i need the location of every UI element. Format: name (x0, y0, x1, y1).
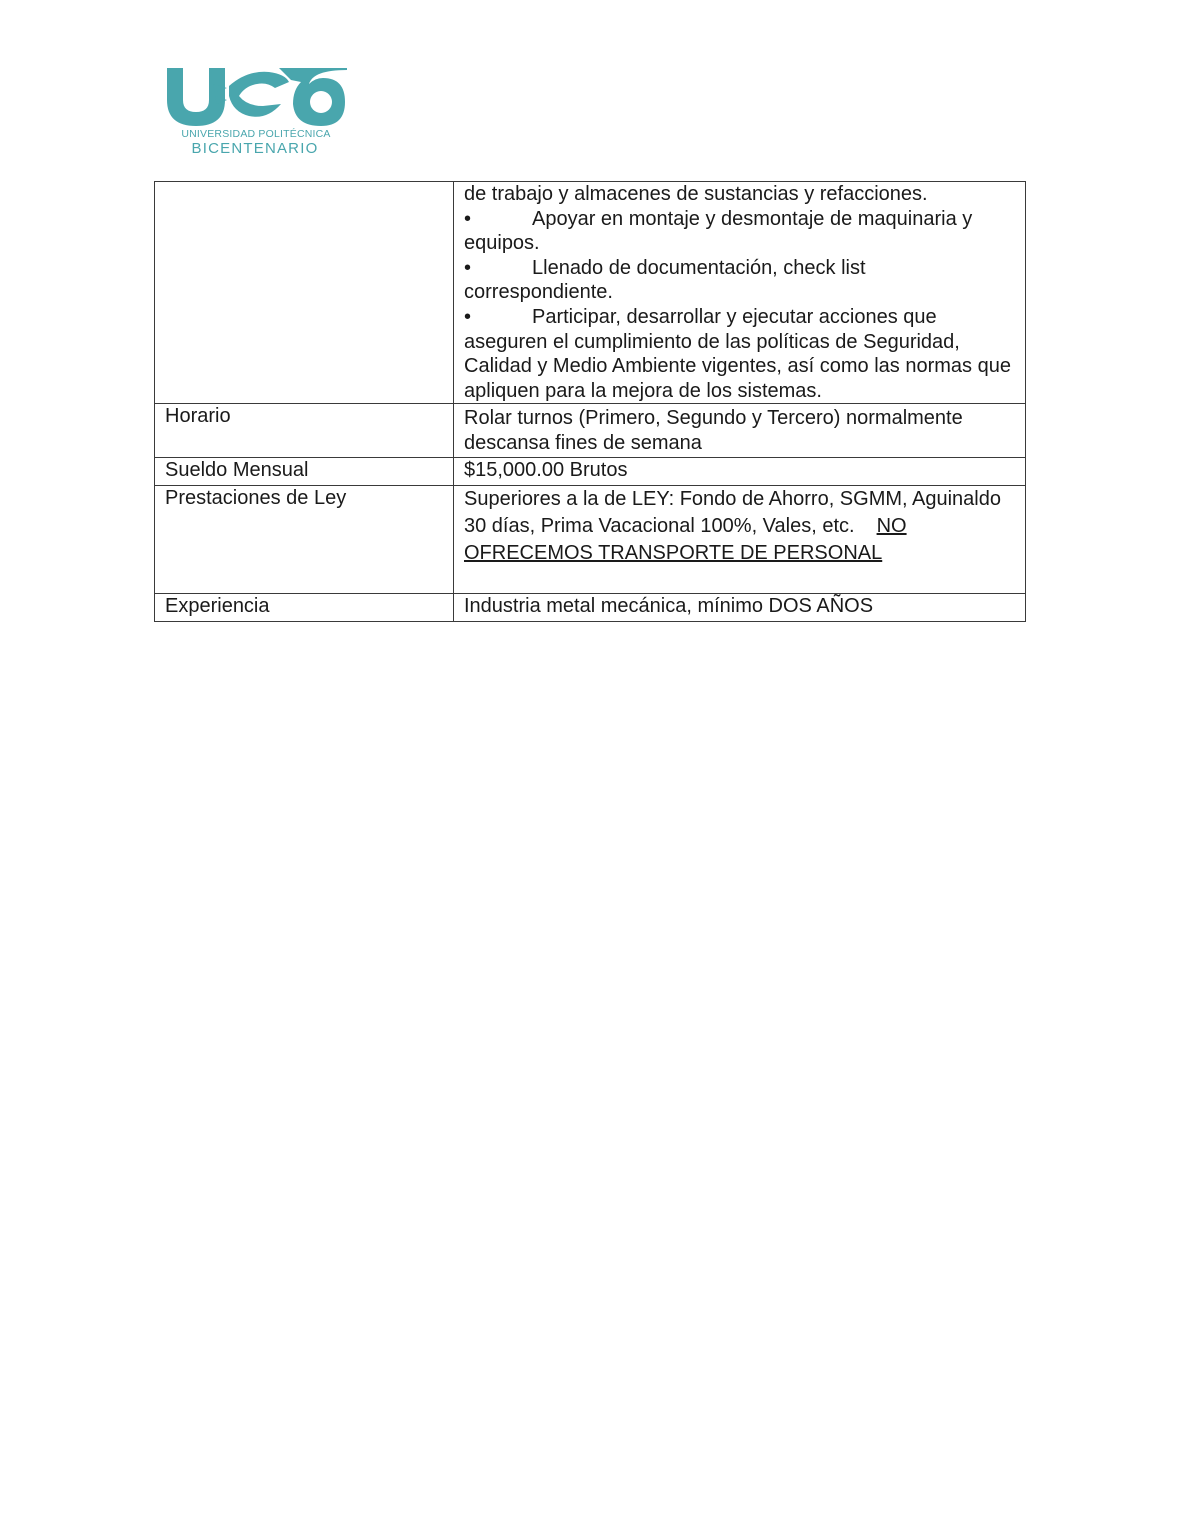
bullet-icon: • (464, 305, 532, 330)
list-item-continuation: equipos. (464, 231, 1017, 256)
prestaciones-text: Superiores a la de LEY: Fondo de Ahorro,… (464, 488, 1001, 537)
job-details-table: de trabajo y almacenes de sustancias y r… (154, 181, 1026, 622)
table-row-responsibilities: de trabajo y almacenes de sustancias y r… (155, 182, 1026, 404)
logo-mark-icon (163, 66, 349, 128)
row-label-sueldo: Sueldo Mensual (155, 458, 454, 486)
list-item-continuation: aseguren el cumplimiento de las política… (464, 330, 1017, 404)
list-item: •Participar, desarrollar y ejecutar acci… (464, 305, 1017, 330)
table-row-sueldo: Sueldo Mensual $15,000.00 Brutos (155, 458, 1026, 486)
table-row-prestaciones: Prestaciones de Ley Superiores a la de L… (155, 486, 1026, 594)
responsibilities-cell: de trabajo y almacenes de sustancias y r… (454, 182, 1026, 404)
logo-university-text: UNIVERSIDAD POLITÉCNICA (163, 128, 349, 140)
table-row-horario: Horario Rolar turnos (Primero, Segundo y… (155, 404, 1026, 458)
list-item-continuation: correspondiente. (464, 280, 1017, 305)
list-item: •Llenado de documentación, check list (464, 256, 1017, 281)
row-value-horario: Rolar turnos (Primero, Segundo y Tercero… (454, 404, 1026, 458)
row-label-experiencia: Experiencia (155, 594, 454, 622)
university-logo: UNIVERSIDAD POLITÉCNICA BICENTENARIO (163, 66, 353, 158)
logo-bicentenario-text: BICENTENARIO (175, 140, 335, 157)
row-label-empty (155, 182, 454, 404)
row-value-experiencia: Industria metal mecánica, mínimo DOS AÑO… (454, 594, 1026, 622)
bullet-icon: • (464, 256, 532, 281)
bullet-icon: • (464, 207, 532, 232)
row-label-prestaciones: Prestaciones de Ley (155, 486, 454, 594)
row-value-prestaciones: Superiores a la de LEY: Fondo de Ahorro,… (454, 486, 1026, 594)
row-label-horario: Horario (155, 404, 454, 458)
table-row-experiencia: Experiencia Industria metal mecánica, mí… (155, 594, 1026, 622)
continuation-text: de trabajo y almacenes de sustancias y r… (464, 182, 1017, 207)
row-value-sueldo: $15,000.00 Brutos (454, 458, 1026, 486)
list-item: •Apoyar en montaje y desmontaje de maqui… (464, 207, 1017, 232)
